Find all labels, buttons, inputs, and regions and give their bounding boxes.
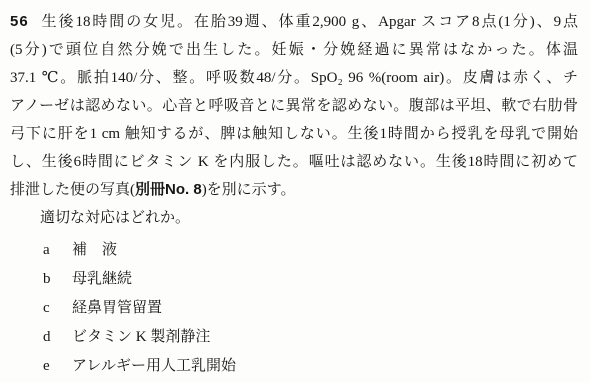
question-photo-line: 排泄した便の写真(別冊No. 8)を別に示す。 [10,176,578,204]
question-body-line: 37.1 ℃。脈拍140/分、整。呼吸数48/分。SpO₂ 96 %(room … [10,64,578,92]
option-text: 経鼻胃管留置 [72,294,578,323]
photo-line-pre: 排泄した便の写真( [10,182,135,198]
option-row-d: d ビタミン K 製剤静注 [10,323,578,352]
option-letter: c [43,294,72,323]
booklet-reference: 別冊No. 8 [135,181,202,198]
question-body-line: (5分)で頭位自然分娩で出生した。妊娠・分娩経過に異常はなかった。体温 [10,36,578,64]
question-body-line: 弓下に肝を1 cm 触知するが、脾は触知しない。生後1時間から授乳を母乳で開始 [10,120,578,148]
option-letter: b [43,265,72,294]
question-body-text: 生後18時間の女児。在胎39週、体重2,900 g、Apgar スコア8点(1分… [40,14,578,30]
option-row-c: c 経鼻胃管留置 [10,294,578,323]
option-text: 補 液 [72,236,578,265]
option-text: ビタミン K 製剤静注 [72,323,578,352]
option-text: 母乳継続 [72,265,578,294]
option-row-e: e アレルギー用人工乳開始 [10,352,578,381]
option-letter: a [43,236,72,265]
option-text: アレルギー用人工乳開始 [72,352,578,381]
option-letter: e [43,352,72,381]
option-row-b: b 母乳継続 [10,265,578,294]
question-body-line: 56生後18時間の女児。在胎39週、体重2,900 g、Apgar スコア8点(… [10,8,578,36]
exam-page: 56生後18時間の女児。在胎39週、体重2,900 g、Apgar スコア8点(… [0,0,590,383]
answer-options: a 補 液 b 母乳継続 c 経鼻胃管留置 d ビタミン K 製剤静注 e アレ… [10,236,578,381]
photo-line-post: )を別に示す。 [202,182,296,198]
option-letter: d [43,323,72,352]
question-number: 56 [10,13,29,30]
option-row-a: a 補 液 [10,236,578,265]
question-body-line: アノーゼは認めない。心音と呼吸音とに異常を認めない。腹部は平坦、軟で右肋骨 [10,92,578,120]
question-block: 56生後18時間の女児。在胎39週、体重2,900 g、Apgar スコア8点(… [10,8,578,381]
question-stem: 適切な対応はどれか。 [10,204,578,232]
question-body-line: し、生後6時間にビタミン K を内服した。嘔吐は認めない。生後18時間に初めて [10,148,578,176]
